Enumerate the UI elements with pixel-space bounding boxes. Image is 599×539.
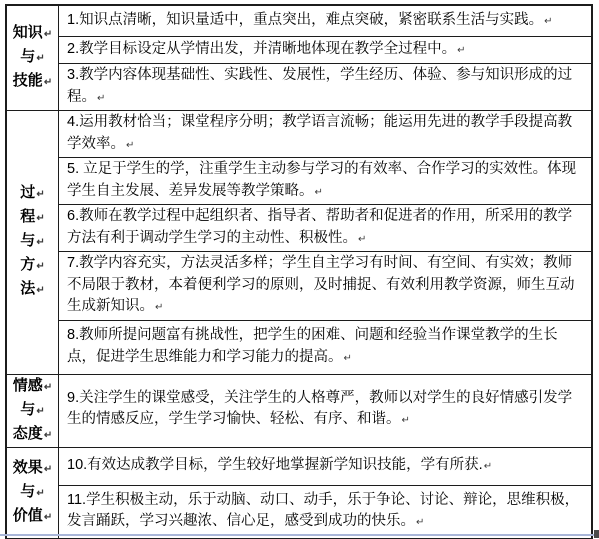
teaching-evaluation-document: 知识↵ 与↵ 技能↵ 1.知识点清晰，知识量适中，重点突出，难点突破，紧密联系生… [0, 0, 599, 539]
window-bottom-edge-cap [594, 530, 599, 538]
evaluation-criteria-table: 知识↵ 与↵ 技能↵ 1.知识点清晰，知识量适中，重点突出，难点突破，紧密联系生… [5, 4, 593, 539]
category-label: 与 [20, 401, 35, 418]
line-break-mark-icon: ↵ [97, 93, 105, 104]
category-header-effect-value: 效果↵ 与↵ 价值↵ [7, 448, 59, 538]
category-label: 过 [20, 184, 35, 201]
line-break-mark-icon: ↵ [44, 512, 52, 523]
line-break-mark-icon: ↵ [544, 16, 552, 27]
line-break-mark-icon: ↵ [44, 77, 52, 88]
line-break-mark-icon: ↵ [36, 285, 44, 296]
criterion-text: 6.教师在教学过程中起组织者、指导者、帮助者和促进者的作用，所采用的教学方法有利… [67, 208, 572, 246]
criterion-text: 4.运用教材恰当；课堂程序分明；教学语言流畅；能运用先进的教学手段提高教学效率。 [67, 114, 572, 152]
category-label: 效果 [13, 459, 43, 476]
category-label: 态度 [13, 425, 43, 442]
category-label: 价值 [13, 507, 43, 524]
category-label: 与 [20, 48, 35, 65]
category-label: 与 [20, 483, 35, 500]
line-break-mark-icon: ↵ [44, 29, 52, 40]
line-break-mark-icon: ↵ [36, 488, 44, 499]
category-label: 技能 [13, 72, 43, 89]
criterion-item-8: 8.教师所提问题富有挑战性，把学生的困难、问题和经验当作课堂教学的生长点，促进学… [59, 320, 591, 374]
line-break-mark-icon: ↵ [36, 261, 44, 272]
category-group-emotion-attitude: 情感↵ 与↵ 态度↵ 9.关注学生的课堂感受，关注学生的人格尊严，教师以对学生的… [7, 374, 591, 447]
line-break-mark-icon: ↵ [344, 353, 352, 364]
line-break-mark-icon: ↵ [358, 234, 366, 245]
line-break-mark-icon: ↵ [44, 464, 52, 475]
criterion-item-1: 1.知识点清晰，知识量适中，重点突出，难点突破，紧密联系生活与实践。↵ [59, 6, 591, 36]
line-break-mark-icon: ↵ [126, 140, 134, 151]
criterion-item-3: 3.教学内容体现基础性、实践性、发展性，学生经历、体验、参与知识形成的过程。↵ [59, 63, 591, 110]
category-label: 知识 [13, 24, 43, 41]
line-break-mark-icon: ↵ [402, 415, 410, 426]
line-break-mark-icon: ↵ [36, 213, 44, 224]
criterion-item-6: 6.教师在教学过程中起组织者、指导者、帮助者和促进者的作用，所采用的教学方法有利… [59, 204, 591, 251]
criterion-text: 2.教学目标设定从学情出发，并清晰地体现在教学全过程中。 [67, 41, 456, 57]
line-break-mark-icon: ↵ [416, 517, 424, 528]
criterion-text: 3.教学内容体现基础性、实践性、发展性，学生经历、体验、参与知识形成的过程。 [67, 67, 572, 105]
line-break-mark-icon: ↵ [44, 430, 52, 441]
criterion-item-9: 9.关注学生的课堂感受，关注学生的人格尊严，教师以对学生的良好情感引发学生的情感… [59, 375, 591, 445]
line-break-mark-icon: ↵ [36, 189, 44, 200]
criterion-text: 8.教师所提问题富有挑战性，把学生的困难、问题和经验当作课堂教学的生长点，促进学… [67, 327, 558, 365]
line-break-mark-icon: ↵ [36, 237, 44, 248]
criterion-text: 7.教学内容充实，方法灵活多样；学生自主学习有时间、有空间、有实效；教师不局限于… [67, 255, 575, 314]
category-label: 情感 [13, 377, 43, 394]
line-break-mark-icon: ↵ [36, 53, 44, 64]
category-group-process-methods: 过↵ 程↵ 与↵ 方↵ 法↵ 4.运用教材恰当；课堂程序分明；教学语言流畅；能运… [7, 110, 591, 374]
line-break-mark-icon: ↵ [315, 187, 323, 198]
criterion-item-2: 2.教学目标设定从学情出发，并清晰地体现在教学全过程中。↵ [59, 36, 591, 63]
category-header-process-methods: 过↵ 程↵ 与↵ 方↵ 法↵ [7, 111, 59, 374]
category-label: 法 [20, 280, 35, 297]
line-break-mark-icon: ↵ [44, 382, 52, 393]
line-break-mark-icon: ↵ [457, 45, 465, 56]
criterion-item-11: 11.学生积极主动，乐于动脑、动口、动手，乐于争论、讨论、辩论，思维积极，发言踊… [59, 485, 591, 538]
criterion-text: 1.知识点清晰，知识量适中，重点突出，难点突破，紧密联系生活与实践。 [67, 12, 543, 28]
category-header-knowledge-skills: 知识↵ 与↵ 技能↵ [7, 6, 59, 110]
category-group-knowledge-skills: 知识↵ 与↵ 技能↵ 1.知识点清晰，知识量适中，重点突出，难点突破，紧密联系生… [7, 6, 591, 110]
criterion-text: 9.关注学生的课堂感受，关注学生的人格尊严，教师以对学生的良好情感引发学生的情感… [67, 390, 572, 428]
criterion-text: 11.学生积极主动，乐于动脑、动口、动手，乐于争论、讨论、辩论，思维积极，发言踊… [67, 492, 579, 530]
criterion-item-4: 4.运用教材恰当；课堂程序分明；教学语言流畅；能运用先进的教学手段提高教学效率。… [59, 111, 591, 157]
category-group-effect-value: 效果↵ 与↵ 价值↵ 10.有效达成教学目标，学生较好地掌握新学知识技能，学有所… [7, 447, 591, 538]
category-label: 与 [20, 232, 35, 249]
line-break-mark-icon: ↵ [155, 302, 163, 313]
line-break-mark-icon: ↵ [36, 406, 44, 417]
criterion-item-10: 10.有效达成教学目标，学生较好地掌握新学知识技能，学有所获.↵ [59, 448, 591, 485]
criterion-item-5: 5. 立足于学生的学，注重学生主动参与学习的有效率、合作学习的实效性。体现学生自… [59, 157, 591, 204]
criterion-text: 10.有效达成教学目标，学生较好地掌握新学知识技能，学有所获. [67, 457, 483, 473]
category-label: 方 [20, 256, 35, 273]
criterion-item-7: 7.教学内容充实，方法灵活多样；学生自主学习有时间、有空间、有实效；教师不局限于… [59, 251, 591, 320]
window-bottom-edge [0, 534, 599, 536]
category-header-emotion-attitude: 情感↵ 与↵ 态度↵ [7, 375, 59, 447]
line-break-mark-icon: ↵ [484, 461, 492, 472]
category-label: 程 [20, 208, 35, 225]
